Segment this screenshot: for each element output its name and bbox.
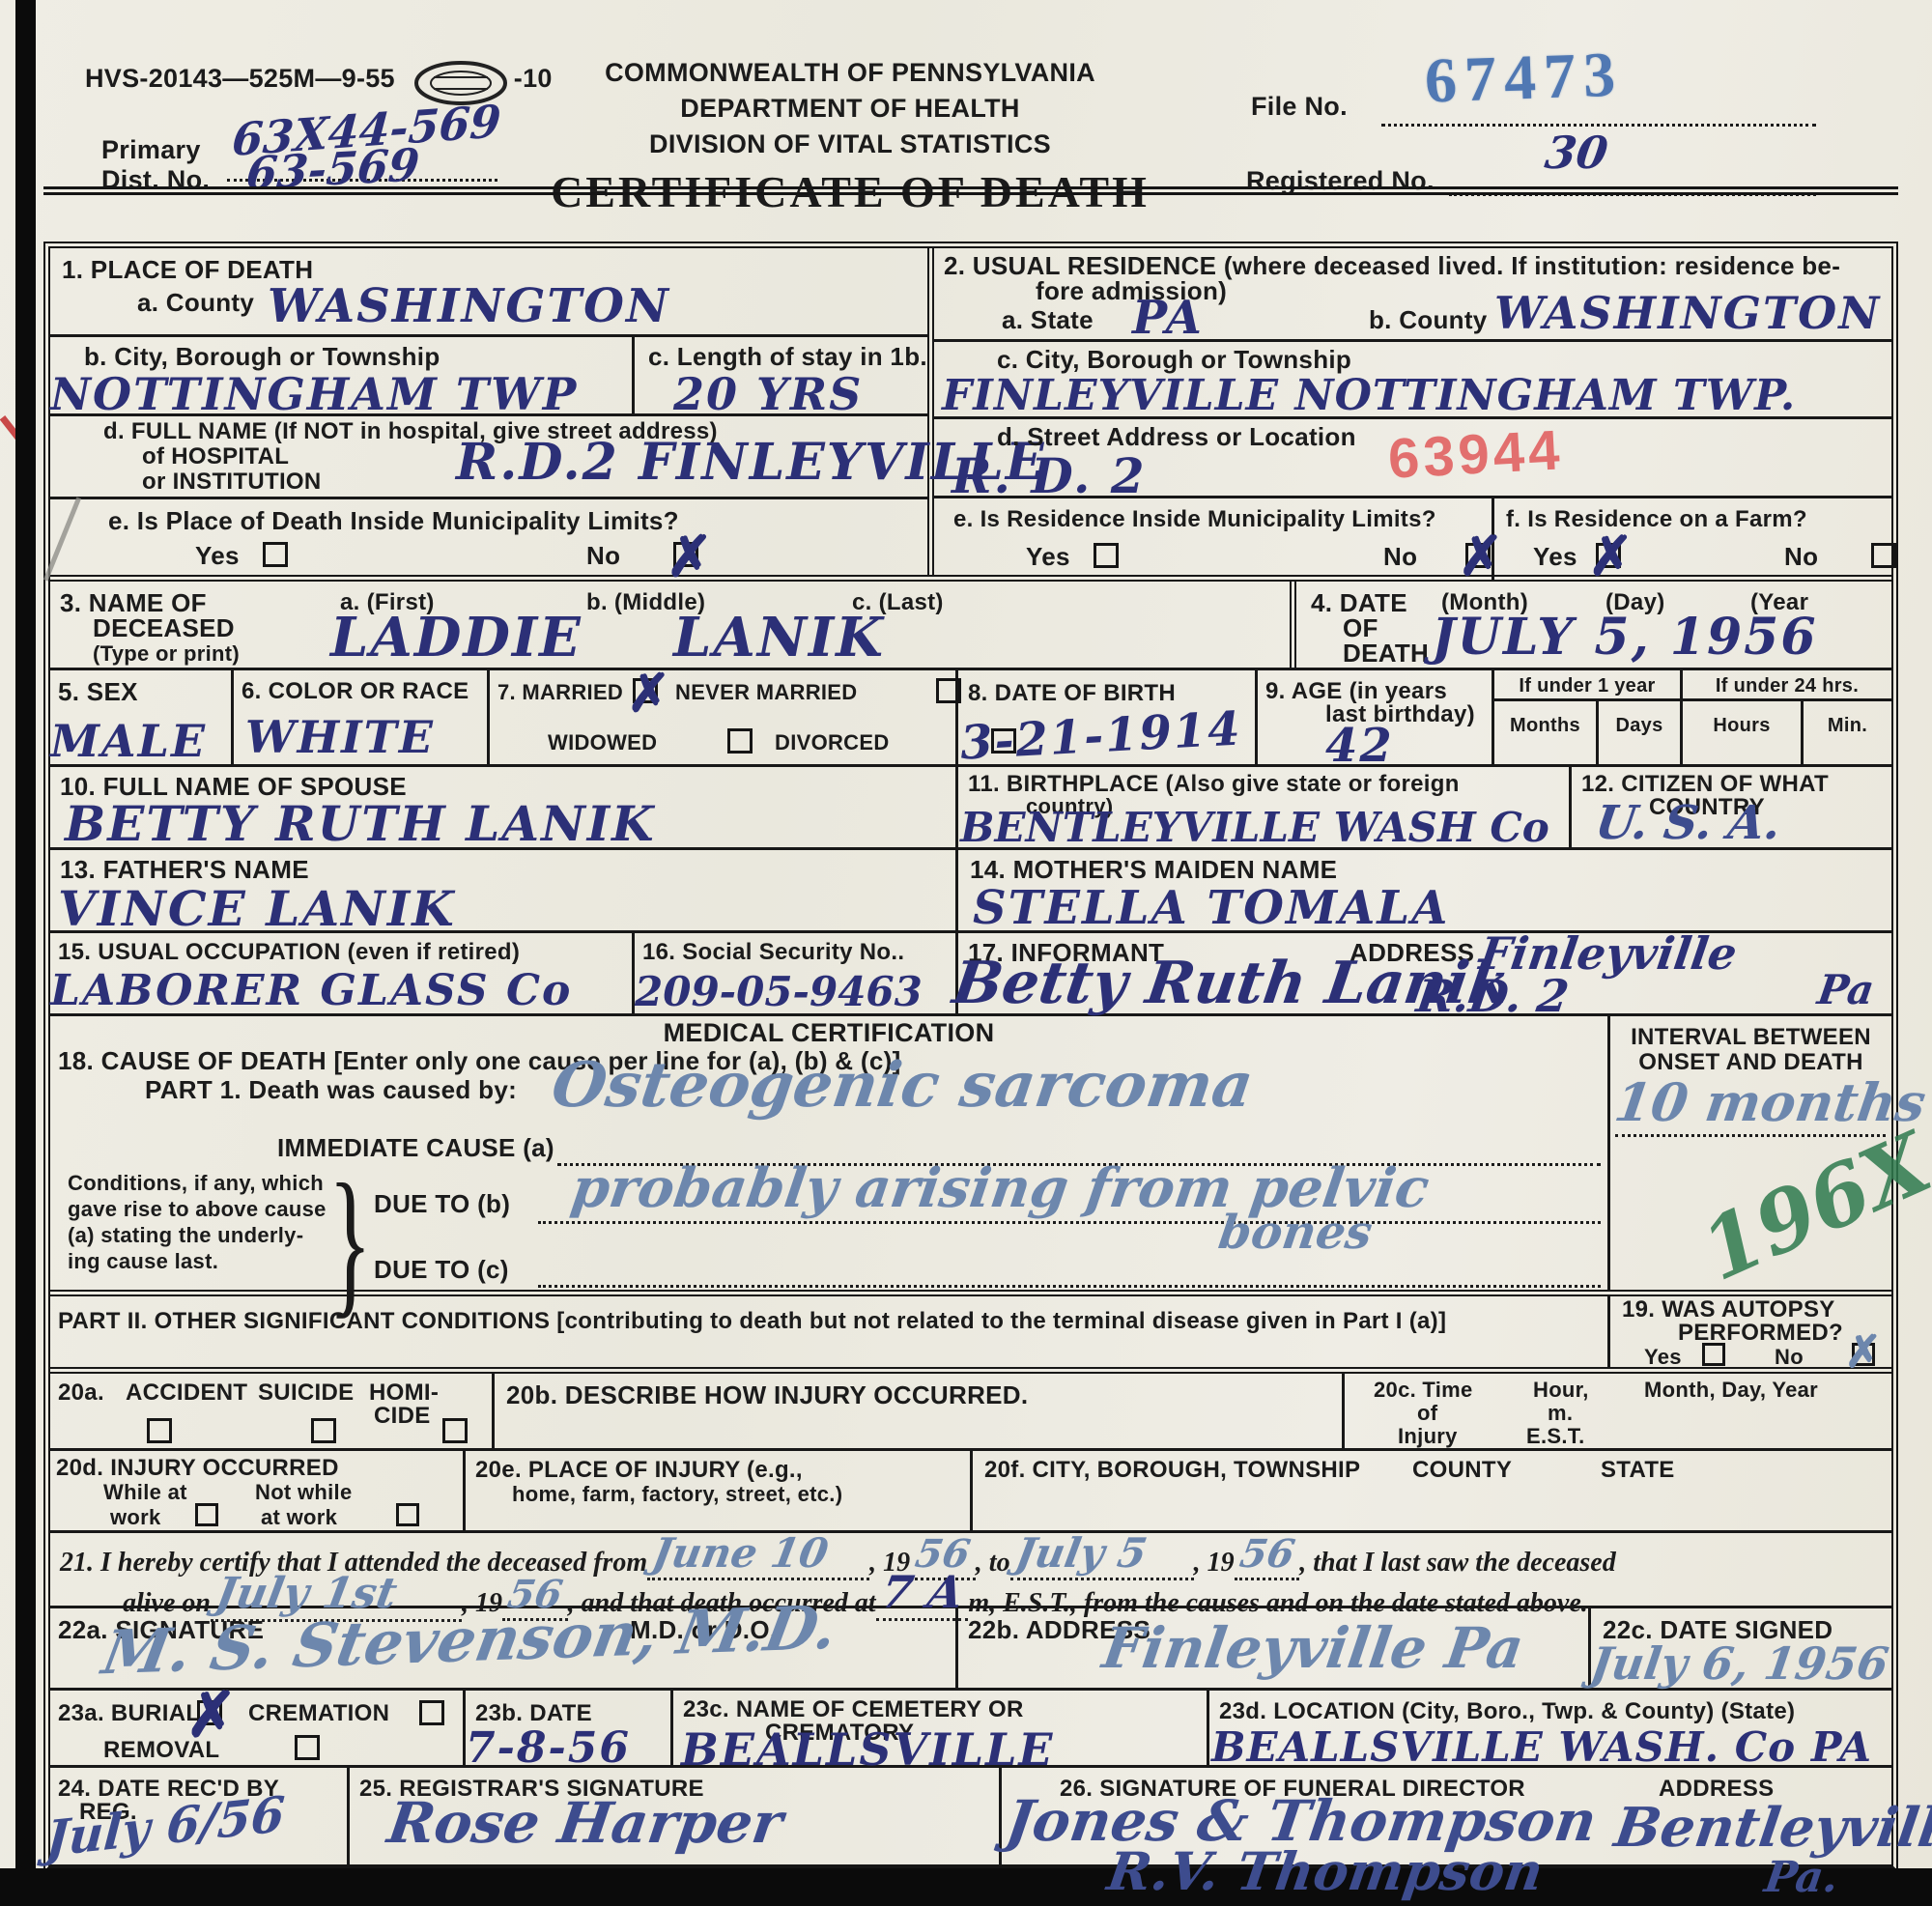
section-25: 25. REGISTRAR'S SIGNATURE Rose Harper: [350, 1768, 1002, 1864]
section-22b: 22b. ADDRESS Finleyville Pa: [958, 1608, 1591, 1688]
section-age: 9. AGE (in years last birthday) 42: [1258, 670, 1494, 764]
field-23a-removal-label: REMOVAL: [103, 1737, 219, 1764]
section-4-label-3: DEATH: [1343, 640, 1429, 669]
field-2d-street: d. Street Address or Location R. D. 2 63…: [934, 419, 1891, 498]
registered-no-value: 30: [1543, 130, 1610, 175]
field-1d-label-3: or INSTITUTION: [142, 469, 322, 496]
section-color-race: 6. COLOR OR RACE WHITE: [234, 670, 490, 764]
interval-value: 10 months: [1611, 1076, 1929, 1128]
field-2c-city: c. City, Borough or Township FINLEYVILLE…: [934, 342, 1891, 419]
field-7-married-label: 7. MARRIED: [497, 680, 623, 704]
section-15-label: 15. USUAL OCCUPATION (even if retired): [58, 939, 520, 966]
checkbox-23a-cremation[interactable]: [419, 1700, 444, 1725]
section-23c: 23c. NAME OF CEMETERY OR CREMATORY BEALL…: [673, 1691, 1209, 1765]
section-birthplace: 11. BIRTHPLACE (Also give state or forei…: [958, 767, 1572, 847]
field-23b-value: 7-8-56: [466, 1727, 631, 1770]
section-cause-of-death: MEDICAL CERTIFICATION 18. CAUSE OF DEATH…: [50, 1016, 1610, 1290]
certificate-form: 1. PLACE OF DEATH a. County WASHINGTON b…: [43, 242, 1898, 1871]
conditions-label-1: Conditions, if any, which: [68, 1171, 324, 1195]
department-line: DEPARTMENT OF HEALTH: [541, 94, 1159, 124]
checkbox-7-widowed[interactable]: [727, 728, 753, 754]
field-20f-county: COUNTY: [1412, 1457, 1512, 1484]
field-1e-label: e. Is Place of Death Inside Municipality…: [108, 507, 679, 536]
field-3-last-value: LANIK: [673, 611, 885, 665]
field-11-value: BENTLEYVILLE WASH Co: [960, 808, 1549, 848]
field-13-value: VINCE LANIK: [58, 885, 456, 933]
field-2b-value: WASHINGTON: [1494, 291, 1881, 335]
part-1-label: PART 1. Death was caused by:: [145, 1076, 517, 1105]
section-16-label: 16. Social Security No..: [642, 939, 904, 966]
field-4-value: JULY 5, 1956: [1432, 612, 1818, 663]
section-22c: 22c. DATE SIGNED July 6, 1956: [1591, 1608, 1891, 1688]
cause-a-value: Osteogenic sarcoma: [549, 1055, 1257, 1117]
field-22a-signature: M. S. Stevenson, M.D.: [99, 1598, 841, 1684]
under-1-year-label: If under 1 year: [1519, 675, 1655, 697]
file-no-stamp: 67473: [1424, 43, 1624, 113]
field-2f-label: f. Is Residence on a Farm?: [1506, 506, 1807, 533]
field-20c-c2l3: E.S.T.: [1526, 1424, 1585, 1448]
death-certificate-scan: HVS-20143—525M—9-55 -10 Primary Dist. No…: [0, 0, 1932, 1906]
certify-to-value: July 5: [1012, 1533, 1150, 1574]
section-name-of-deceased: 3. NAME OF DECEASED (Type or print) a. (…: [50, 582, 1296, 668]
row-father-mother: 13. FATHER'S NAME VINCE LANIK 14. MOTHER…: [50, 850, 1891, 933]
division-line: DIVISION OF VITAL STATISTICS: [541, 129, 1159, 159]
due-to-c-line: [538, 1285, 1601, 1288]
section-under-24-hrs: If under 24 hrs. Hours Min.: [1683, 670, 1891, 764]
field-2e-label: e. Is Residence Inside Municipality Limi…: [953, 506, 1436, 533]
row-sex-race-age: 5. SEX MALE 6. COLOR OR RACE WHITE 7. MA…: [50, 670, 1891, 767]
field-20c-c1l1: 20c. Time: [1374, 1378, 1473, 1402]
section-occupation: 15. USUAL OCCUPATION (even if retired) L…: [50, 933, 635, 1013]
field-23d-value: BEALLSVILLE WASH. Co PA: [1211, 1727, 1872, 1768]
header-rule: [43, 186, 1898, 195]
field-1a-label: a. County: [137, 289, 254, 318]
min-label: Min.: [1828, 715, 1867, 736]
section-usual-residence: 2. USUAL RESIDENCE (where deceased lived…: [934, 248, 1891, 575]
field-20d-w1b: work: [110, 1505, 161, 1529]
section-23d: 23d. LOCATION (City, Boro., Twp. & Count…: [1209, 1691, 1891, 1765]
hours-label: Hours: [1713, 715, 1770, 736]
field-20d-w2b: at work: [261, 1505, 337, 1529]
field-20d-w2a: Not while: [255, 1480, 352, 1504]
section-3-label-2: DECEASED: [93, 614, 235, 643]
row-signature: 22a. SIGNATURE M.D. or D.O. M. S. Steven…: [50, 1608, 1891, 1691]
section-under-1-year: If under 1 year Months Days: [1494, 670, 1683, 764]
field-2c-value: FINLEYVILLE NOTTINGHAM TWP.: [942, 375, 1796, 417]
checkbox-20a-suicide[interactable]: [311, 1418, 336, 1443]
field-20a-homicide-2: CIDE: [374, 1403, 431, 1430]
section-8-label: 8. DATE OF BIRTH: [968, 680, 1176, 707]
section-20d-label: 20d. INJURY OCCURRED: [56, 1455, 339, 1482]
field-2d-red-stamp: 63944: [1387, 422, 1565, 487]
interval-line: [1615, 1134, 1886, 1137]
primary-dist-label-1: Primary: [101, 135, 210, 165]
due-to-b-line: [538, 1221, 1601, 1224]
field-20a-num: 20a.: [58, 1380, 104, 1407]
scan-bottom-edge: [0, 1868, 1932, 1906]
field-20c-c3: Month, Day, Year: [1644, 1378, 1818, 1402]
row-20def: 20d. INJURY OCCURRED While at work Not w…: [50, 1451, 1891, 1533]
section-20e-label-1: 20e. PLACE OF INJURY (e.g.,: [475, 1457, 803, 1484]
field-25-value: Rose Harper: [384, 1795, 786, 1851]
checkbox-1e-yes[interactable]: [263, 542, 288, 567]
row-part2-autopsy: PART II. OTHER SIGNIFICANT CONDITIONS [c…: [50, 1296, 1891, 1374]
field-20c-c1l2: of: [1417, 1401, 1437, 1425]
field-2ab: 2. USUAL RESIDENCE (where deceased lived…: [934, 248, 1891, 342]
section-20a: 20a. ACCIDENT SUICIDE HOMI- CIDE: [50, 1374, 495, 1448]
section-place-of-death: 1. PLACE OF DEATH a. County WASHINGTON b…: [50, 248, 934, 575]
section-interval: INTERVAL BETWEEN ONSET AND DEATH 10 mont…: [1610, 1016, 1891, 1290]
checkbox-19-no-mark: ✗: [1844, 1329, 1882, 1374]
field-1a-county: 1. PLACE OF DEATH a. County WASHINGTON: [50, 248, 927, 337]
field-2e-limits: e. Is Residence Inside Municipality Limi…: [934, 498, 1494, 582]
checkbox-20a-accident[interactable]: [147, 1418, 172, 1443]
row-20abc: 20a. ACCIDENT SUICIDE HOMI- CIDE 20b. DE…: [50, 1374, 1891, 1451]
section-3-label-3: (Type or print): [93, 641, 240, 666]
checkbox-20d-notwhile[interactable]: [396, 1503, 419, 1526]
section-date-of-birth: 8. DATE OF BIRTH 3-21-1914: [958, 670, 1258, 764]
medical-certification-title: MEDICAL CERTIFICATION: [50, 1018, 1607, 1048]
checkbox-2e-yes[interactable]: [1094, 543, 1119, 568]
row-certify: 21. I hereby certify that I attended the…: [50, 1533, 1891, 1608]
field-19-no-label: No: [1775, 1345, 1804, 1369]
file-no-label: File No.: [1251, 92, 1348, 122]
field-8-value: 3-21-1914: [959, 705, 1243, 766]
scan-left-edge: [15, 0, 36, 1906]
field-20c-c2l2: m.: [1548, 1401, 1573, 1425]
field-1c-value: 20 YRS: [673, 372, 863, 416]
section-5-label: 5. SEX: [58, 678, 138, 707]
field-26-signature-2: R.V. Thompson: [1104, 1845, 1546, 1897]
field-7-divorced-label: DIVORCED: [775, 730, 890, 754]
checkbox-2f-no[interactable]: [1871, 543, 1896, 568]
field-16-value: 209-05-9463: [635, 972, 923, 1012]
field-14-value: STELLA TOMALA: [973, 885, 1449, 931]
section-23d-label: 23d. LOCATION (City, Boro., Twp. & Count…: [1219, 1698, 1795, 1725]
section-marital-status: 7. MARRIED ✗ NEVER MARRIED WIDOWED DIVOR…: [490, 670, 958, 764]
conditions-label-4: ing cause last.: [68, 1249, 218, 1273]
section-22a: 22a. SIGNATURE M.D. or D.O. M. S. Steven…: [50, 1608, 958, 1688]
row-burial: 23a. BURIAL ✗ CREMATION REMOVAL 23b. DAT…: [50, 1691, 1891, 1768]
conditions-label-2: gave rise to above cause: [68, 1197, 327, 1221]
field-2f-yes-label: Yes: [1533, 543, 1577, 572]
field-2a-value: PA: [1132, 295, 1204, 341]
row-place-residence: 1. PLACE OF DEATH a. County WASHINGTON b…: [50, 248, 1891, 582]
field-1a-value: WASHINGTON: [268, 283, 670, 329]
field-2f-no-label: No: [1784, 543, 1818, 572]
checkbox-1e-no-mark: ✗: [666, 528, 713, 584]
section-spouse: 10. FULL NAME OF SPOUSE BETTY RUTH LANIK: [50, 767, 958, 847]
field-15-value: LABORER GLASS Co: [50, 970, 572, 1012]
section-date-of-death: 4. DATE (Month) (Day) (Year OF DEATH JUL…: [1296, 582, 1891, 668]
interval-label-1: INTERVAL BETWEEN: [1610, 1024, 1891, 1051]
row-medical-certification: MEDICAL CERTIFICATION 18. CAUSE OF DEATH…: [50, 1016, 1891, 1296]
part-2-label: PART II. OTHER SIGNIFICANT CONDITIONS [c…: [58, 1308, 1599, 1335]
field-2b-label: b. County: [1369, 306, 1488, 335]
field-23a-burial-label: 23a. BURIAL: [58, 1700, 200, 1727]
checkbox-7-married-mark: ✗: [627, 667, 670, 719]
field-1e-no-label: No: [586, 542, 620, 571]
green-stamp: 196X: [1690, 1122, 1932, 1294]
commonwealth-line: COMMONWEALTH OF PENNSYLVANIA: [541, 58, 1159, 88]
field-7-widowed-label: WIDOWED: [548, 730, 657, 754]
certify-from-value: June 10: [649, 1533, 831, 1574]
checkbox-2f-yes-mark: ✗: [1588, 529, 1634, 583]
field-2e-no-label: No: [1383, 543, 1417, 572]
row-occupation-informant: 15. USUAL OCCUPATION (even if retired) L…: [50, 933, 1891, 1016]
row-name-dod: 3. NAME OF DECEASED (Type or print) a. (…: [50, 582, 1891, 670]
section-20f-label: 20f. CITY, BOROUGH, TOWNSHIP: [984, 1457, 1360, 1484]
due-to-b-label: DUE TO (b): [374, 1190, 510, 1219]
cause-a-value-3: bones: [1216, 1209, 1376, 1256]
field-1bc: b. City, Borough or Township NOTTINGHAM …: [50, 337, 927, 416]
section-autopsy: 19. WAS AUTOPSY PERFORMED? Yes No ✗: [1610, 1296, 1891, 1367]
field-1e-limits: e. Is Place of Death Inside Municipality…: [50, 499, 927, 582]
section-23a: 23a. BURIAL ✗ CREMATION REMOVAL: [50, 1691, 466, 1765]
field-20c-c1l3: Injury: [1398, 1424, 1458, 1448]
field-20a-suicide: SUICIDE: [258, 1380, 354, 1407]
immediate-cause-label: IMMEDIATE CAUSE (a): [277, 1134, 554, 1163]
section-20b: 20b. DESCRIBE HOW INJURY OCCURRED.: [495, 1374, 1345, 1448]
field-23c-value: BEALLSVILLE: [681, 1727, 1055, 1772]
field-9-value: 42: [1325, 723, 1394, 769]
field-26-address-1: Bentleyville: [1611, 1801, 1932, 1855]
days-label: Days: [1615, 715, 1662, 736]
field-19-yes-label: Yes: [1644, 1345, 1682, 1369]
field-20f-state: STATE: [1601, 1457, 1675, 1484]
section-part2: PART II. OTHER SIGNIFICANT CONDITIONS [c…: [50, 1296, 1610, 1367]
checkbox-20d-while[interactable]: [195, 1503, 218, 1526]
section-citizen: 12. CITIZEN OF WHAT COUNTRY U. S. A.: [1572, 767, 1891, 847]
field-1d-label-2: of HOSPITAL: [142, 443, 289, 470]
field-1e-yes-label: Yes: [195, 542, 240, 571]
section-20e-label-2: home, farm, factory, street, etc.): [512, 1482, 842, 1506]
field-2d-value: R. D. 2: [952, 452, 1147, 500]
field-7-never-label: NEVER MARRIED: [675, 680, 857, 704]
field-17-address-2: R.D. 2: [1414, 974, 1572, 1018]
section-20f: 20f. CITY, BOROUGH, TOWNSHIP COUNTY STAT…: [973, 1451, 1891, 1530]
field-2e-yes-label: Yes: [1026, 543, 1070, 572]
field-10-value: BETTY RUTH LANIK: [65, 800, 656, 848]
section-ssn: 16. Social Security No.. 209-05-9463: [635, 933, 958, 1013]
section-20b-label: 20b. DESCRIBE HOW INJURY OCCURRED.: [506, 1381, 1028, 1410]
field-1d-hospital: d. FULL NAME (If NOT in hospital, give s…: [50, 416, 927, 499]
section-26: 26. SIGNATURE OF FUNERAL DIRECTOR ADDRES…: [1002, 1768, 1891, 1864]
field-22c-value: July 6, 1956: [1588, 1641, 1891, 1686]
form-number: HVS-20143—525M—9-55: [85, 64, 395, 93]
row-registrar: 24. DATE REC'D BY REG. July 6/56 25. REG…: [50, 1768, 1891, 1864]
section-23b: 23b. DATE 7-8-56: [466, 1691, 673, 1765]
conditions-label-3: (a) stating the underly-: [68, 1223, 303, 1247]
field-2ef: e. Is Residence Inside Municipality Limi…: [934, 498, 1891, 582]
checkbox-19-yes[interactable]: [1702, 1343, 1725, 1366]
field-17-address-3: Pa: [1815, 970, 1877, 1010]
section-sex: 5. SEX MALE: [50, 670, 234, 764]
field-20a-accident: ACCIDENT: [126, 1380, 247, 1407]
field-20c-c2l1: Hour,: [1533, 1378, 1589, 1402]
field-26-address-2: Pa.: [1762, 1857, 1841, 1899]
field-3-first-value: LADDIE: [330, 611, 582, 665]
under-24-hrs-label: If under 24 hrs.: [1716, 675, 1859, 697]
field-22b-value: Finleyville Pa: [1099, 1620, 1527, 1676]
field-6-value: WHITE: [245, 715, 435, 759]
field-1b-city: b. City, Borough or Township NOTTINGHAM …: [50, 337, 635, 413]
field-2a-label: a. State: [1002, 306, 1094, 335]
section-informant: 17. INFORMANT ADDRESS Betty Ruth Lanik F…: [958, 933, 1891, 1013]
field-20d-w1a: While at: [103, 1480, 187, 1504]
section-24: 24. DATE REC'D BY REG. July 6/56: [50, 1768, 350, 1864]
certify-to-year: 56: [1236, 1535, 1297, 1574]
row-spouse-birthplace: 10. FULL NAME OF SPOUSE BETTY RUTH LANIK…: [50, 767, 1891, 850]
section-mother: 14. MOTHER'S MAIDEN NAME STELLA TOMALA: [958, 850, 1891, 930]
checkbox-20a-homicide[interactable]: [442, 1418, 468, 1443]
field-5-value: MALE: [50, 719, 207, 763]
due-to-c-label: DUE TO (c): [374, 1256, 509, 1285]
field-1b-value: NOTTINGHAM TWP: [50, 372, 578, 416]
section-20c: 20c. Time of Injury Hour, m. E.S.T. Mont…: [1345, 1374, 1891, 1448]
field-12-value: U. S. A.: [1593, 800, 1784, 846]
field-23a-cremation-label: CREMATION: [248, 1700, 389, 1727]
section-20d: 20d. INJURY OCCURRED While at work Not w…: [50, 1451, 466, 1530]
months-label: Months: [1510, 715, 1580, 736]
section-6-label: 6. COLOR OR RACE: [241, 678, 469, 705]
section-20e: 20e. PLACE OF INJURY (e.g., home, farm, …: [466, 1451, 973, 1530]
section-father: 13. FATHER'S NAME VINCE LANIK: [50, 850, 958, 930]
field-1c-length: c. Length of stay in 1b. 20 YRS: [635, 337, 927, 413]
field-2f-farm: f. Is Residence on a Farm? Yes ✗ No: [1494, 498, 1891, 582]
checkbox-23a-removal[interactable]: [295, 1735, 320, 1760]
